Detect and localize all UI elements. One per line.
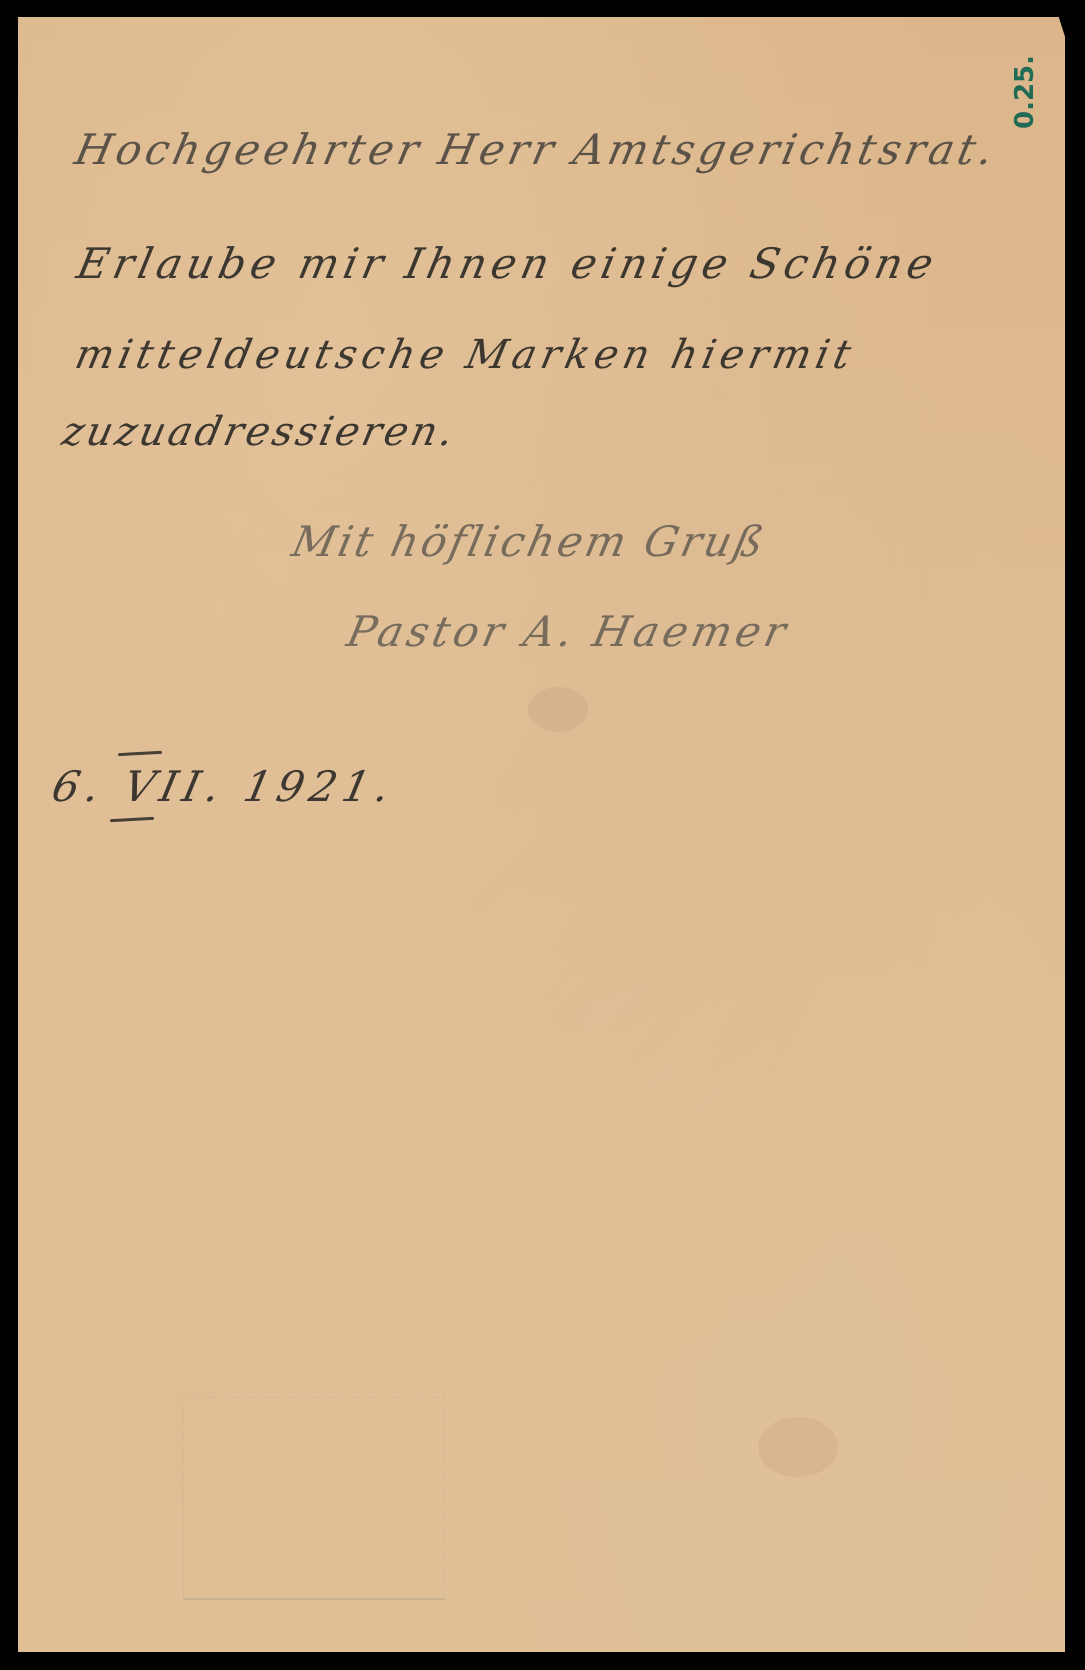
date: 6. VII. 1921.: [48, 762, 400, 811]
signature: Pastor A. Haemer: [343, 607, 794, 656]
month-overline: [118, 751, 162, 756]
message-line-1: Erlaube mir Ihnen einige Schöne: [73, 239, 943, 288]
price-note: 0.25.: [1010, 55, 1040, 129]
closing-greeting: Mit höflichem Gruß: [288, 517, 771, 566]
faded-stamp-imprint: [183, 1397, 445, 1600]
paper-stain: [528, 687, 588, 732]
month-underline: [110, 817, 154, 822]
paper-stain: [758, 1417, 838, 1477]
postcard: 0.25. Hochgeehrter Herr Amtsgerichtsrat.…: [18, 17, 1065, 1652]
message-line-3: zuzuadressieren.: [58, 409, 460, 455]
message-line-2: mitteldeutsche Marken hiermit: [71, 332, 860, 378]
salutation-line: Hochgeehrter Herr Amtsgerichtsrat.: [71, 125, 1002, 174]
